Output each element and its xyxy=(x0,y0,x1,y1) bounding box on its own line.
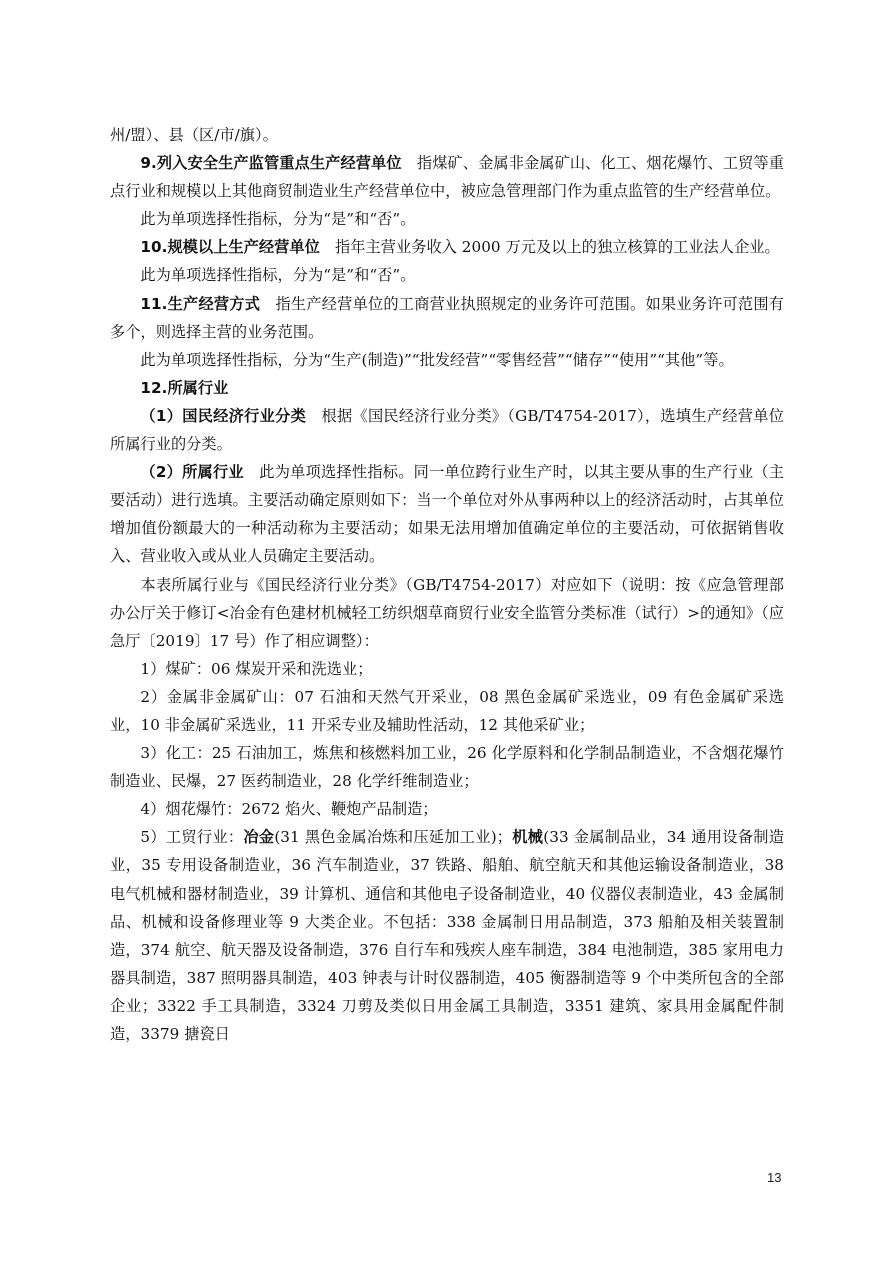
paragraph-note: 此为单项选择性指标，分为“生产(制造)”“批发经营”“零售经营”“储存”“使用”… xyxy=(110,346,784,374)
paragraph-text: 此为单项选择性指标，分为“是”和“否”。 xyxy=(140,266,415,284)
paragraph-list-2: 2）金属非金属矿山：07 石油和天然气开采业，08 黑色金属矿采选业，09 有色… xyxy=(110,683,784,739)
paragraph-text: 1）煤矿：06 煤炭开采和洗选业； xyxy=(140,660,372,678)
item-heading: （2）所属行业 xyxy=(140,463,243,481)
paragraph-text: 5）工贸行业： xyxy=(140,828,243,846)
paragraph-item-12-1: （1）国民经济行业分类根据《国民经济行业分类》（GB/T4754-2017），选… xyxy=(110,402,784,458)
paragraph-item-12-2: （2）所属行业此为单项选择性指标。同一单位跨行业生产时，以其主要从事的生产行业（… xyxy=(110,458,784,570)
paragraph-text: 4）烟花爆竹：2672 焰火、鞭炮产品制造； xyxy=(140,800,437,818)
item-heading: 10.规模以上生产经营单位 xyxy=(140,238,319,256)
paragraph-list-3: 3）化工：25 石油加工，炼焦和核燃料加工业，26 化学原料和化学制品制造业，不… xyxy=(110,739,784,795)
paragraph-note: 此为单项选择性指标，分为“是”和“否”。 xyxy=(110,261,784,289)
paragraph-text: 州/盟）、县（区/市/旗）。 xyxy=(110,126,278,144)
bold-term-metallurgy: 冶金 xyxy=(243,828,274,846)
paragraph-list-4: 4）烟花爆竹：2672 焰火、鞭炮产品制造； xyxy=(110,795,784,823)
item-heading: （1）国民经济行业分类 xyxy=(140,407,306,425)
bold-term-machinery: 机械 xyxy=(512,828,543,846)
paragraph-text: 本表所属行业与《国民经济行业分类》（GB/T4754-2017）对应如下（说明：… xyxy=(110,576,784,650)
paragraph-item-12: 12.所属行业 xyxy=(110,374,784,402)
item-heading: 12.所属行业 xyxy=(140,379,228,397)
document-page: 州/盟）、县（区/市/旗）。 9.列入安全生产监管重点生产经营单位指煤矿、金属非… xyxy=(110,121,784,1048)
paragraph-text: (33 金属制品业，34 通用设备制造业，35 专用设备制造业，36 汽车制造业… xyxy=(110,828,784,1043)
paragraph-text: 此为单项选择性指标，分为“生产(制造)”“批发经营”“零售经营”“储存”“使用”… xyxy=(140,351,733,369)
paragraph-note: 此为单项选择性指标，分为“是”和“否”。 xyxy=(110,205,784,233)
paragraph-text: (31 黑色金属冶炼和压延加工业)； xyxy=(274,828,512,846)
paragraph-region-continuation: 州/盟）、县（区/市/旗）。 xyxy=(110,121,784,149)
paragraph-text: 3）化工：25 石油加工，炼焦和核燃料加工业，26 化学原料和化学制品制造业，不… xyxy=(110,744,784,790)
page-number: 13 xyxy=(767,1170,781,1185)
item-heading: 9.列入安全生产监管重点生产经营单位 xyxy=(140,154,401,172)
paragraph-list-1: 1）煤矿：06 煤炭开采和洗选业； xyxy=(110,655,784,683)
paragraph-text: 2）金属非金属矿山：07 石油和天然气开采业，08 黑色金属矿采选业，09 有色… xyxy=(110,688,784,734)
paragraph-text: 指年主营业务收入 2000 万元及以上的独立核算的工业法人企业。 xyxy=(335,238,780,256)
paragraph-list-5: 5）工贸行业：冶金(31 黑色金属冶炼和压延加工业)；机械(33 金属制品业，3… xyxy=(110,823,784,1048)
paragraph-item-10: 10.规模以上生产经营单位指年主营业务收入 2000 万元及以上的独立核算的工业… xyxy=(110,233,784,261)
paragraph-mapping-intro: 本表所属行业与《国民经济行业分类》（GB/T4754-2017）对应如下（说明：… xyxy=(110,571,784,655)
paragraph-item-11: 11.生产经营方式指生产经营单位的工商营业执照规定的业务许可范围。如果业务许可范… xyxy=(110,290,784,346)
item-heading: 11.生产经营方式 xyxy=(140,295,260,313)
paragraph-item-9: 9.列入安全生产监管重点生产经营单位指煤矿、金属非金属矿山、化工、烟花爆竹、工贸… xyxy=(110,149,784,205)
paragraph-text: 此为单项选择性指标，分为“是”和“否”。 xyxy=(140,210,415,228)
